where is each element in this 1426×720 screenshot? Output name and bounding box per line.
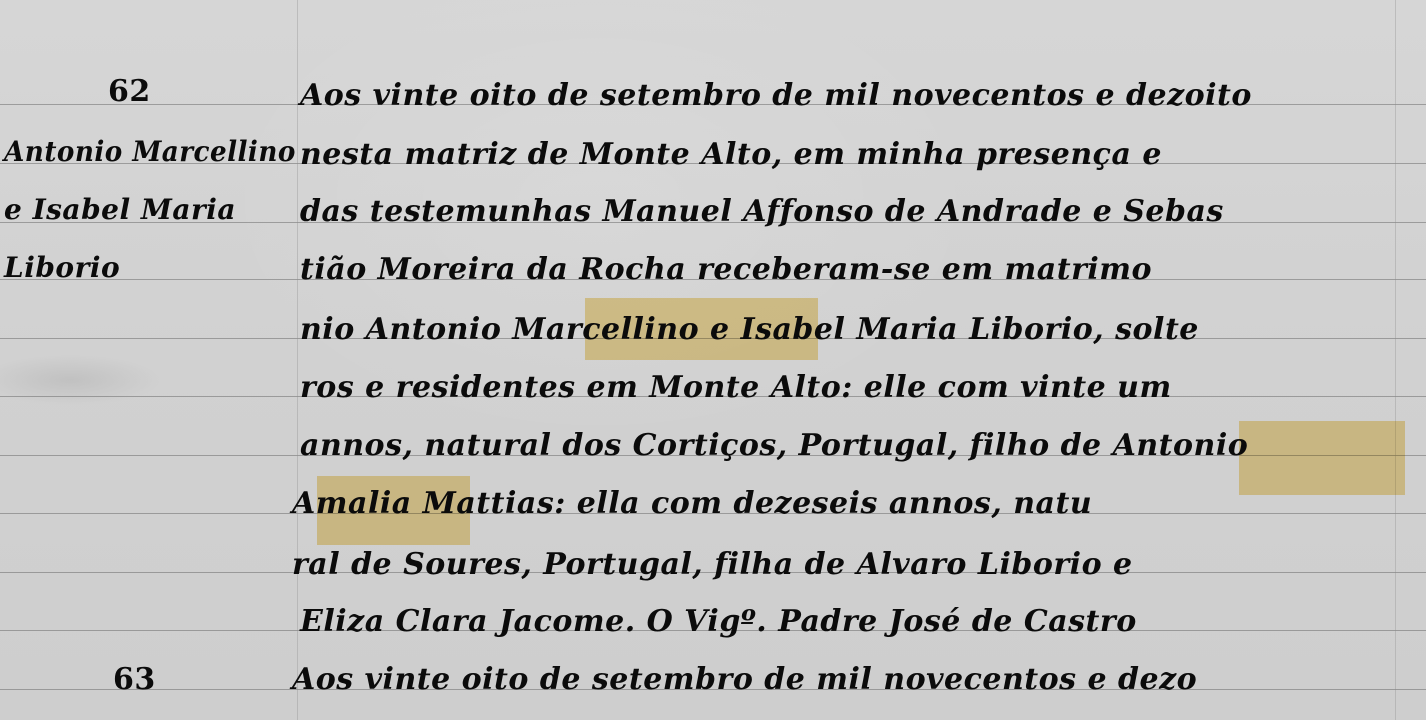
margin-name: Liborio bbox=[4, 248, 120, 288]
text-line: annos, natural dos Cortiços, Portugal, f… bbox=[300, 426, 1248, 466]
margin-name: e Isabel Maria bbox=[4, 190, 236, 230]
register-page: 62 Antonio Marcellino e Isabel Maria Lib… bbox=[0, 0, 1426, 720]
margin-name: Antonio Marcellino bbox=[4, 132, 296, 172]
text-line: nio Antonio Marcellino e Isabel Maria Li… bbox=[300, 310, 1199, 350]
text-line: Aos vinte oito de setembro de mil novece… bbox=[292, 660, 1197, 700]
entry-number: 63 bbox=[113, 660, 156, 700]
margin-line bbox=[1395, 0, 1396, 720]
text-line: Amalia Mattias: ella com dezeseis annos,… bbox=[292, 484, 1092, 524]
highlight-antonio bbox=[1239, 421, 1405, 495]
text-line: ros e residentes em Monte Alto: elle com… bbox=[300, 368, 1172, 408]
margin-line bbox=[297, 0, 298, 720]
text-line: tião Moreira da Rocha receberam-se em ma… bbox=[300, 250, 1152, 290]
entry-number: 62 bbox=[108, 72, 151, 112]
text-line: das testemunhas Manuel Affonso de Andrad… bbox=[300, 192, 1224, 232]
text-line: Aos vinte oito de setembro de mil novece… bbox=[300, 76, 1252, 116]
text-line: ral de Soures, Portugal, filha de Alvaro… bbox=[292, 545, 1133, 585]
text-line: Eliza Clara Jacome. O Vigº. Padre José d… bbox=[300, 602, 1137, 642]
text-line: nesta matriz de Monte Alto, em minha pre… bbox=[300, 135, 1162, 175]
